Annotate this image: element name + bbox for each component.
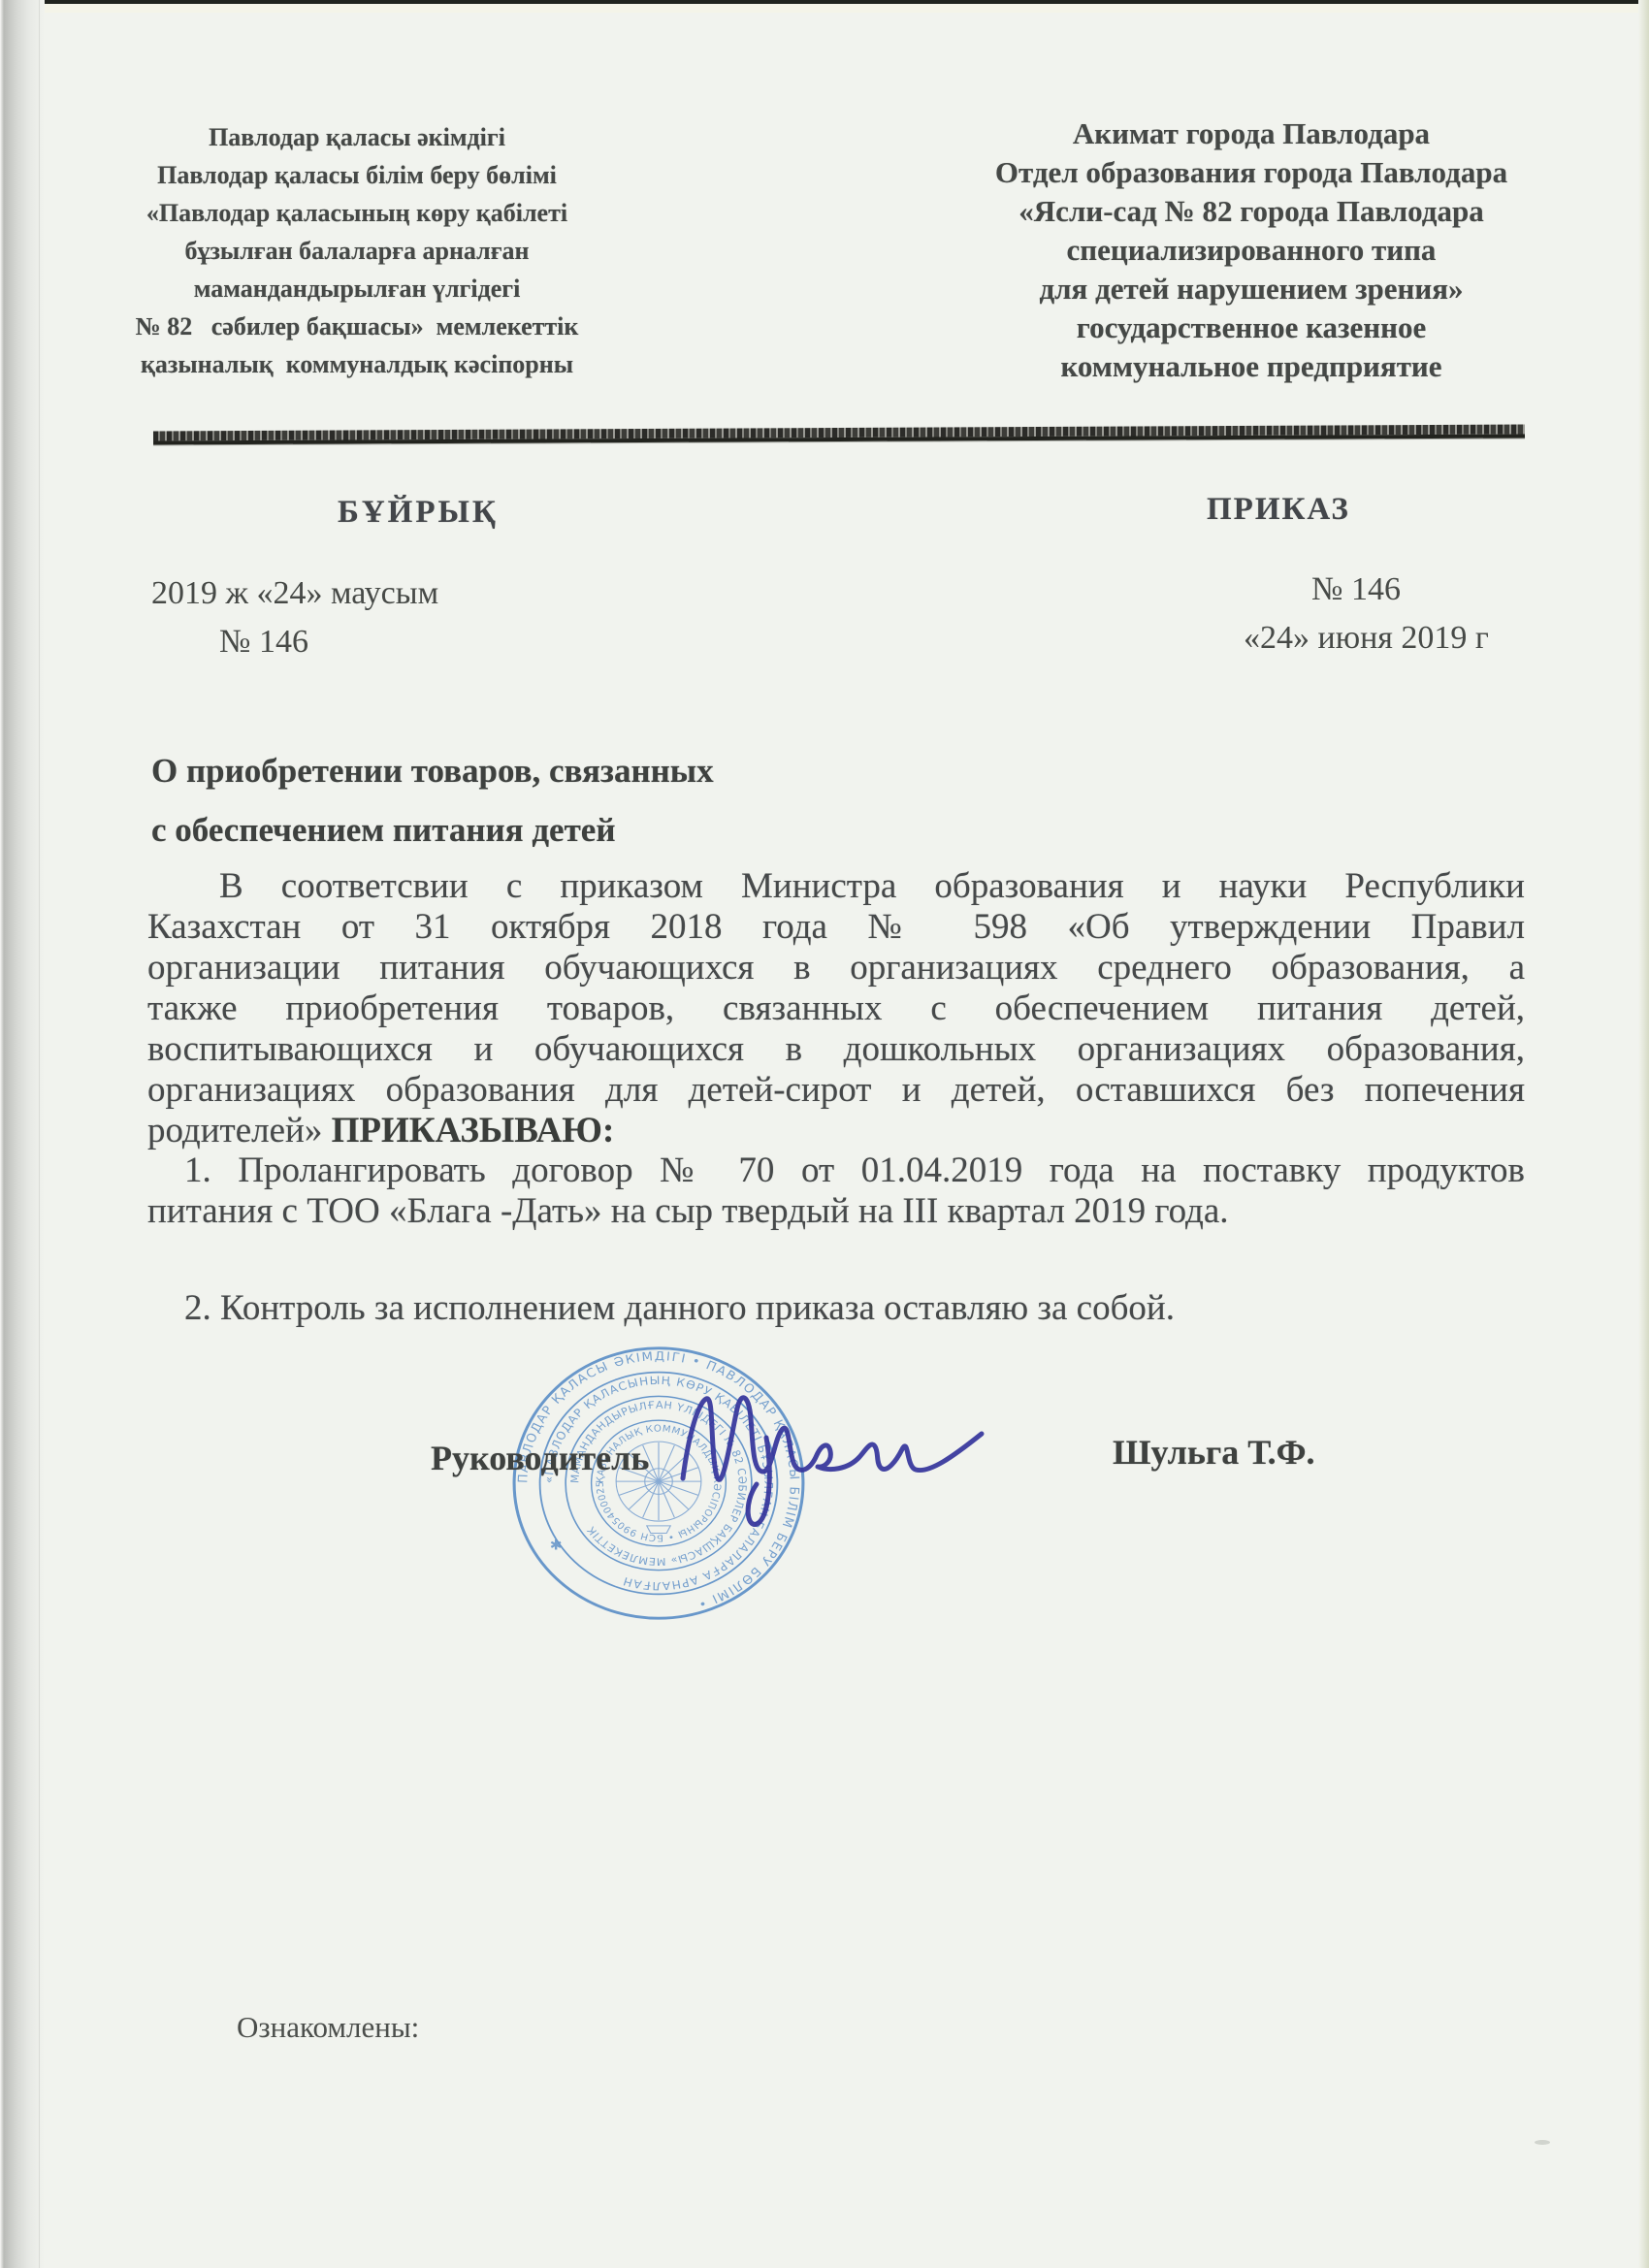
preamble-last-text: родителей» (147, 1111, 332, 1150)
scanned-order-document: Павлодар қаласы әкімдігі Павлодар қаласы… (0, 0, 1649, 2268)
acknowledged-label: Ознакомлены: (237, 2010, 419, 2045)
preamble-line: также приобретения товаров, связанных с … (147, 988, 1525, 1029)
scan-edge-right (1638, 0, 1649, 2268)
order-subject-line: с обеспечением питания детей (151, 800, 889, 859)
org-header-kk-line: № 82 сәбилер бақшасы» мемлекеттік (114, 308, 599, 345)
order-item-1-line: питания с ТОО «Блага -Дать» на сыр тверд… (147, 1191, 1525, 1232)
org-header-ru-line: Отдел образования города Павлодара (951, 153, 1552, 192)
org-header-ru-line: государственное казенное (951, 308, 1552, 347)
org-header-ru-line: для детей нарушением зрения» (951, 270, 1552, 308)
order-number-kazakh: № 146 (219, 624, 308, 661)
preamble-last-line: родителей» ПРИКАЗЫВАЮ: (147, 1111, 1525, 1151)
header-divider-rule (153, 425, 1525, 445)
order-date-russian: «24» июня 2019 г (1244, 620, 1489, 657)
org-header-ru-line: Акимат города Павлодара (951, 114, 1552, 153)
order-preamble: В соответсвии с приказом Министра образо… (147, 866, 1525, 1151)
signer-role-label: Руководитель (431, 1438, 649, 1478)
signature-stroke-main (683, 1398, 982, 1480)
order-title-kazakh: БҰЙРЫҚ (338, 495, 499, 531)
org-header-russian: Акимат города Павлодара Отдел образовани… (951, 114, 1552, 386)
order-title-russian: ПРИКАЗ (1207, 492, 1350, 528)
order-subject-line: О приобретении товаров, связанных (151, 741, 889, 800)
org-header-kk-line: бұзылған балаларға арналған (114, 232, 599, 270)
scan-edge-left-line (39, 0, 40, 2268)
preamble-line: Казахстан от 31 октября 2018 года № 598 … (147, 907, 1525, 948)
scan-edge-top-band (0, 4, 1649, 13)
order-item-1: 1. Пролангировать договор № 70 от 01.04.… (147, 1150, 1525, 1232)
org-header-kk-line: Павлодар қаласы білім беру бөлімі (114, 156, 599, 194)
preamble-line: организациях образования для детей-сирот… (147, 1070, 1525, 1111)
signer-name: Шульга Т.Ф. (1113, 1432, 1315, 1473)
org-header-kk-line: мамандандырылған үлгідегі (114, 270, 599, 308)
order-item-1-line: 1. Пролангировать договор № 70 от 01.04.… (147, 1150, 1525, 1191)
scan-smudge (1535, 2140, 1550, 2145)
preamble-line: организации питания обучающихся в органи… (147, 948, 1525, 988)
order-item-2-line: 2. Контроль за исполнением данного прика… (147, 1288, 1525, 1329)
org-header-kk-line: «Павлодар қаласының көру қабілеті (114, 194, 599, 232)
org-header-kazakh: Павлодар қаласы әкімдігі Павлодар қаласы… (114, 118, 599, 383)
org-header-ru-line: коммунальное предприятие (951, 347, 1552, 386)
stamp-star: ✱ (550, 1538, 563, 1553)
order-verb: ПРИКАЗЫВАЮ: (332, 1111, 615, 1150)
org-header-ru-line: «Ясли-сад № 82 города Павлодара (951, 192, 1552, 231)
order-subject: О приобретении товаров, связанных с обес… (151, 741, 889, 859)
handwritten-signature (669, 1377, 999, 1552)
org-header-ru-line: специализированного типа (951, 231, 1552, 270)
order-date-kazakh: 2019 ж «24» маусым (151, 575, 438, 612)
preamble-line: воспитывающихся и обучающихся в дошкольн… (147, 1029, 1525, 1070)
order-item-2: 2. Контроль за исполнением данного прика… (147, 1288, 1525, 1329)
org-header-kk-line: Павлодар қаласы әкімдігі (114, 118, 599, 156)
org-header-kk-line: қазыналық коммуналдық кәсіпорны (114, 345, 599, 383)
preamble-line: В соответсвии с приказом Министра образо… (147, 866, 1525, 907)
order-number-russian: № 146 (1311, 571, 1401, 608)
